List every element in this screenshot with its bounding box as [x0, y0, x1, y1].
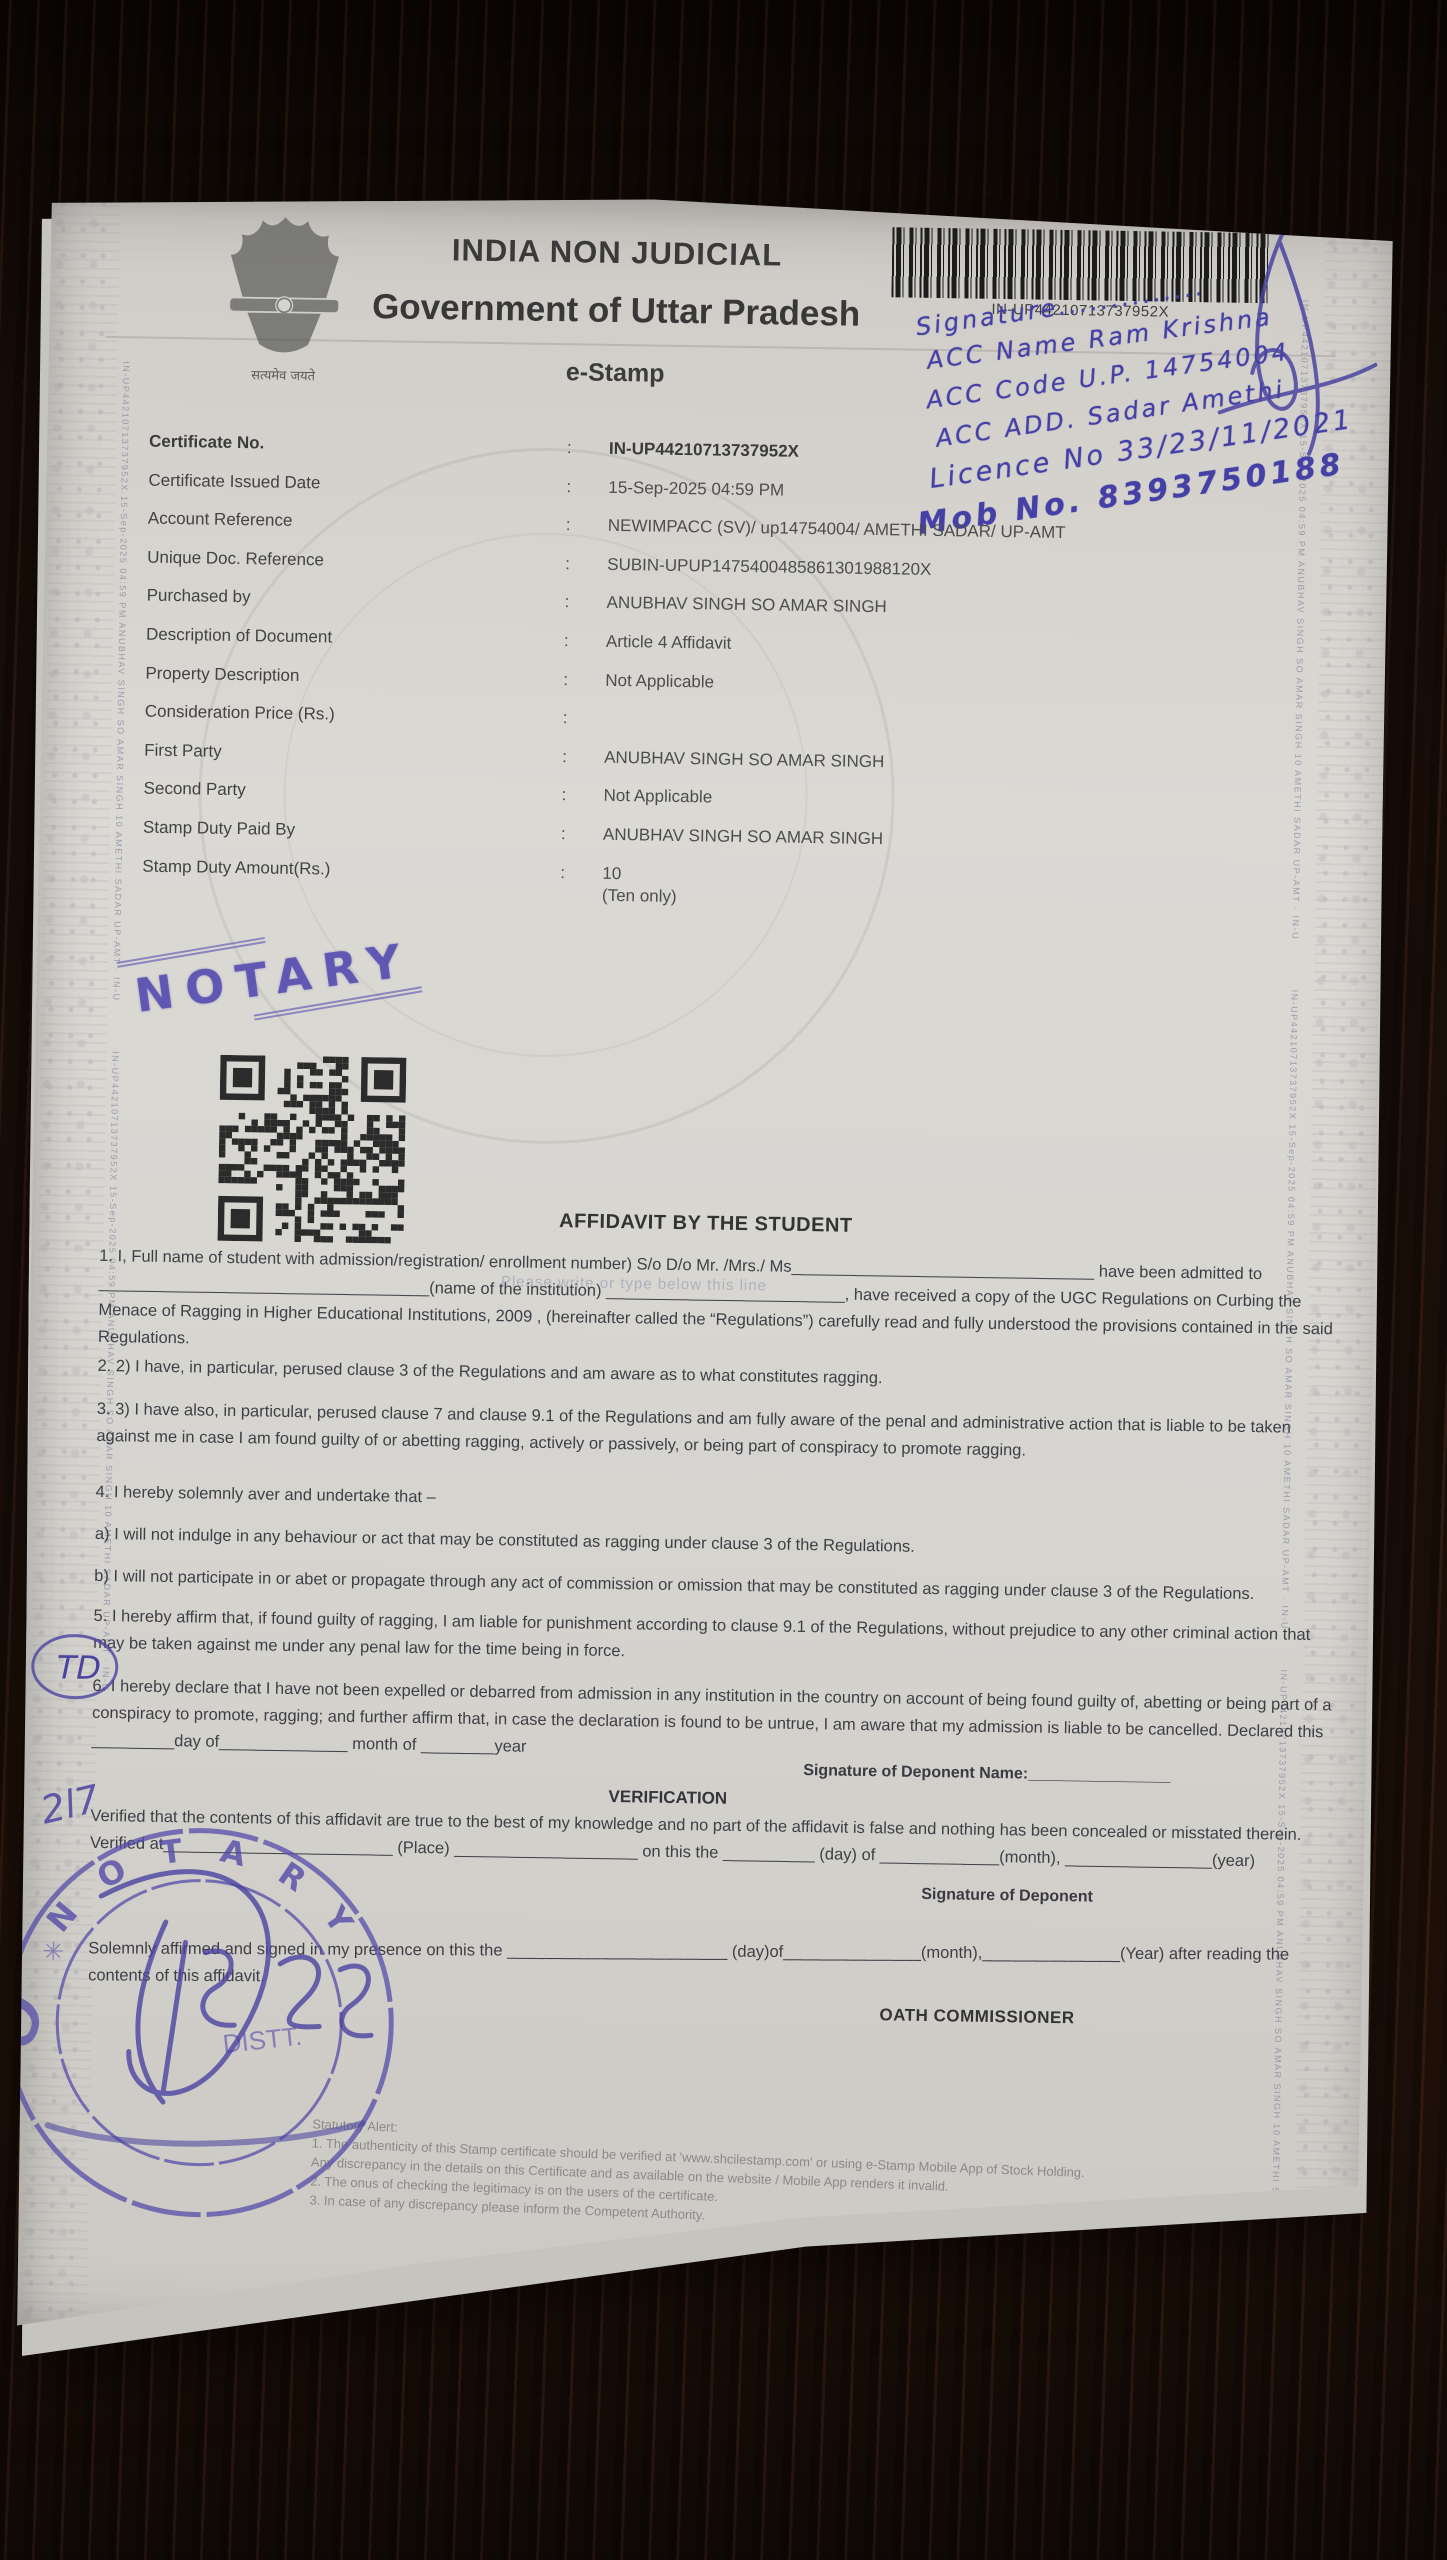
field-colon [566, 515, 608, 536]
field-colon [566, 477, 608, 498]
notary-round-seal: N O T A R Y GO DISTT. ✳ [0, 1799, 423, 2246]
affidavit-paragraph-4: 4. I hereby solemnly aver and undertake … [95, 1479, 1340, 1526]
field-colon [564, 631, 606, 652]
photo-background: IN-UP44210713737952X 15-Sep-2025 04:59 P… [0, 0, 1447, 2560]
field-colon [560, 863, 602, 884]
certificate-fields: Certificate No.IN-UP44210713737952X Cert… [142, 432, 1344, 917]
estamp-paper: IN-UP44210713737952X 15-Sep-2025 04:59 P… [14, 190, 1395, 2351]
field-label: Certificate No. [149, 432, 567, 459]
stamp-duty-amount: 10 [602, 863, 621, 882]
svg-text:N O T A R Y: N O T A R Y [38, 1828, 368, 1951]
field-colon [562, 747, 604, 768]
field-colon [561, 824, 603, 845]
affidavit-paragraph-1: 1. I, Full name of student with admissio… [98, 1243, 1345, 1371]
oath-commissioner-label: OATH COMMISSIONER [879, 2005, 1074, 2028]
signature-of-deponent: Signature of Deponent [921, 1886, 1093, 1907]
field-colon [563, 708, 605, 729]
field-colon [564, 593, 606, 614]
seal-ring-text: N O T A R Y [38, 1828, 368, 1951]
ink-signature-flourish [1159, 202, 1393, 486]
affidavit-paragraph-3: 3. 3) I have also, in particular, peruse… [96, 1396, 1342, 1470]
margin-initials-circle: TD [26, 1628, 123, 1705]
estamp-label: e-Stamp [175, 352, 1055, 395]
seal-side-text: GO [0, 1985, 60, 2105]
affidavit-paragraph-4b: b) I will not participate in or abet or … [94, 1563, 1339, 1610]
seal-ornament-mark: ✳ [42, 1936, 64, 1966]
affidavit-paragraph-4a: a) I will not indulge in any behaviour o… [95, 1521, 1340, 1568]
paper-stack: IN-UP44210713737952X 15-Sep-2025 04:59 P… [0, 0, 1447, 2560]
affidavit-paragraph-5: 5. I hereby affirm that, if found guilty… [93, 1603, 1339, 1677]
field-colon [561, 785, 603, 806]
affidavit-paragraph-6: 6. I hereby declare that I have not been… [91, 1673, 1337, 1774]
field-colon [567, 438, 609, 459]
field-colon [563, 670, 605, 691]
field-colon [565, 554, 607, 575]
margin-initials: TD [56, 1648, 101, 1687]
